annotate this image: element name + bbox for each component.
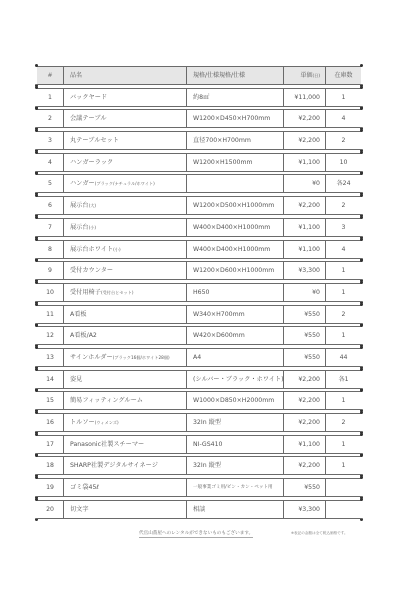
cell-name: 受付カウンター [63, 262, 186, 279]
item-name: 展示台ホワイト [70, 246, 113, 253]
item-name-note: (受付台とセット) [101, 290, 134, 295]
cell-num: 15 [37, 392, 63, 409]
cell-price: ¥3,300 [283, 501, 325, 518]
cell-stock: 各24 [325, 175, 361, 192]
table-row: 17Panasonic社製スチーマーNI-GS410¥1,1001 [37, 436, 361, 453]
item-name: 受付カウンター [70, 267, 113, 274]
item-name: ゴミ袋45ℓ [70, 484, 99, 491]
header-spec: 規格/仕様規格/仕様 [186, 67, 283, 84]
table-row: 16トルソー(ウィメンズ)32In 縦型¥2,2002 [37, 414, 361, 431]
table-row: 19ゴミ袋45ℓ一般事業ゴミ用/ビン・カン・ペット用¥550 [37, 479, 361, 496]
item-name: SHARP社製デジタルサイネージ [70, 462, 158, 469]
cell-price: ¥11,000 [283, 89, 325, 106]
cell-num: 8 [37, 241, 63, 258]
cell-num: 4 [37, 154, 63, 171]
cell-price: ¥2,200 [283, 197, 325, 214]
tax-included-note: ※表記の金額は全て税込価格です。 [291, 531, 348, 536]
item-name: サインホルダー [70, 354, 113, 361]
cell-name: SHARP社製デジタルサイネージ [63, 457, 186, 474]
cell-num: 14 [37, 371, 63, 388]
cell-stock: 1 [325, 89, 361, 106]
cell-spec: W340×H700mm [186, 306, 283, 323]
cell-price: ¥550 [283, 349, 325, 366]
table-row: 12A看板/A2W420×D600mm¥5501 [37, 327, 361, 344]
cell-price: ¥1,100 [283, 436, 325, 453]
item-name-note: (ブラック16個/ホワイト28個) [113, 355, 170, 360]
cell-num: 11 [37, 306, 63, 323]
cell-num: 6 [37, 197, 63, 214]
cell-stock: 2 [325, 197, 361, 214]
cell-price: ¥2,200 [283, 414, 325, 431]
cell-price: ¥1,100 [283, 241, 325, 258]
cell-stock: 1 [325, 284, 361, 301]
cell-name: 展示台(大) [63, 197, 186, 214]
item-name-note: (ウィメンズ) [95, 420, 119, 425]
cell-stock: 1 [325, 436, 361, 453]
cell-num: 16 [37, 414, 63, 431]
item-name: 受付用椅子 [70, 289, 101, 296]
cell-spec [186, 175, 283, 192]
row-marker-dot [35, 518, 38, 521]
table-row: 4ハンガーラックW1200×H1500mm¥1,10010 [37, 154, 361, 171]
cell-price: ¥1,100 [283, 219, 325, 236]
cell-price: ¥1,100 [283, 154, 325, 171]
item-name: 切文字 [70, 506, 89, 513]
cell-name: 丸テーブルセット [63, 132, 186, 149]
item-name: 丸テーブルセット [70, 137, 119, 144]
cell-stock: 1 [325, 457, 361, 474]
cell-name: バックヤード [63, 89, 186, 106]
item-name: A看板/A2 [70, 332, 97, 339]
cell-price: ¥550 [283, 327, 325, 344]
cell-spec: H650 [186, 284, 283, 301]
cell-stock [325, 501, 361, 518]
cell-num: 10 [37, 284, 63, 301]
cell-name: ハンガー(ブラック/ナチュラル/ホワイト) [63, 175, 186, 192]
item-name: 姿見 [70, 376, 82, 383]
header-num: # [37, 67, 63, 84]
cell-spec: W1200×D600×H1000mm [186, 262, 283, 279]
cell-price: ¥550 [283, 479, 325, 496]
cell-stock: 4 [325, 241, 361, 258]
cell-spec: W1000×D850×H2000mm [186, 392, 283, 409]
item-name-note: (ブラック/ナチュラル/ホワイト) [95, 181, 155, 186]
cell-spec: 一般事業ゴミ用/ビン・カン・ペット用 [186, 479, 283, 496]
cell-stock: 2 [325, 306, 361, 323]
cell-stock: 1 [325, 262, 361, 279]
cell-stock: 1 [325, 327, 361, 344]
cell-num: 18 [37, 457, 63, 474]
table-row: 18SHARP社製デジタルサイネージ32In 縦型¥2,2001 [37, 457, 361, 474]
cell-spec: A4 [186, 349, 283, 366]
table-row: 14姿見(シルバー・ブラック・ホワイト)¥2,200各1 [37, 371, 361, 388]
cell-name: 展示台ホワイト(小) [63, 241, 186, 258]
cell-spec: 32In 縦型 [186, 457, 283, 474]
cell-num: 7 [37, 219, 63, 236]
cell-price: ¥2,200 [283, 132, 325, 149]
cell-stock: 10 [325, 154, 361, 171]
cell-spec: W400×D400×H1000mm [186, 219, 283, 236]
cell-stock: 2 [325, 414, 361, 431]
cell-stock: 各1 [325, 371, 361, 388]
table-row: 20切文字相談¥3,300 [37, 501, 361, 518]
item-name: ハンガーラック [70, 159, 113, 166]
cell-num: 5 [37, 175, 63, 192]
header-price-unit: (日) [313, 73, 320, 78]
cell-num: 1 [37, 89, 63, 106]
cell-spec: 32In 縦型 [186, 414, 283, 431]
cell-name: 姿見 [63, 371, 186, 388]
cell-stock [325, 479, 361, 496]
cell-name: 会議テーブル [63, 110, 186, 127]
item-name: トルソー [70, 419, 95, 426]
item-name-note: (小) [113, 247, 120, 252]
cell-spec: (シルバー・ブラック・ホワイト) [186, 371, 283, 388]
item-name: 展示台 [70, 224, 89, 231]
cell-num: 17 [37, 436, 63, 453]
cell-spec: W420×D600mm [186, 327, 283, 344]
header-stock: 在庫数 [325, 67, 361, 84]
cell-stock: 44 [325, 349, 361, 366]
cell-price: ¥2,200 [283, 392, 325, 409]
cell-spec: W1200×D500×H1000mm [186, 197, 283, 214]
item-name: Panasonic社製スチーマー [70, 441, 144, 448]
cell-num: 20 [37, 501, 63, 518]
table-body: 1バックヤード約8㎡¥11,00012会議テーブルW1200×D450×H700… [37, 89, 361, 518]
cell-num: 19 [37, 479, 63, 496]
cell-spec: 約8㎡ [186, 89, 283, 106]
cell-spec: 相談 [186, 501, 283, 518]
cell-num: 3 [37, 132, 63, 149]
item-name: ハンガー [70, 180, 95, 187]
cell-price: ¥2,200 [283, 110, 325, 127]
table-row: 13サインホルダー(ブラック16個/ホワイト28個)A4¥55044 [37, 349, 361, 366]
header-price-label: 単価 [301, 72, 313, 79]
table-row: 7展示台(小)W400×D400×H1000mm¥1,1003 [37, 219, 361, 236]
item-name: 会議テーブル [70, 115, 107, 122]
table-row: 1バックヤード約8㎡¥11,0001 [37, 89, 361, 106]
table-row: 10受付用椅子(受付台とセット)H650¥01 [37, 284, 361, 301]
cell-spec: NI-GS410 [186, 436, 283, 453]
item-name-note: (小) [89, 225, 96, 230]
cell-name: サインホルダー(ブラック16個/ホワイト28個) [63, 349, 186, 366]
cell-price: ¥3,300 [283, 262, 325, 279]
rental-items-table: # 品名 規格/仕様規格/仕様 単価(日) 在庫数 1バックヤード約8㎡¥11,… [37, 67, 361, 522]
row-marker-dot [360, 518, 363, 521]
cell-num: 2 [37, 110, 63, 127]
item-name: 簡易フィッティングルーム [70, 397, 143, 404]
cell-name: A看板 [63, 306, 186, 323]
cell-num: 13 [37, 349, 63, 366]
cell-spec: W1200×D450×H700mm [186, 110, 283, 127]
cell-spec: 直径700×H700mm [186, 132, 283, 149]
header-name: 品名 [63, 67, 186, 84]
header-price: 単価(日) [283, 67, 325, 84]
cell-name: 受付用椅子(受付台とセット) [63, 284, 186, 301]
cell-stock: 2 [325, 132, 361, 149]
table-row: 8展示台ホワイト(小)W400×D400×H1000mm¥1,1004 [37, 241, 361, 258]
cell-price: ¥2,200 [283, 457, 325, 474]
cell-num: 9 [37, 262, 63, 279]
cell-spec: W400×D400×H1000mm [186, 241, 283, 258]
table-row: 6展示台(大)W1200×D500×H1000mm¥2,2002 [37, 197, 361, 214]
item-name-note: (大) [89, 203, 96, 208]
cell-stock: 1 [325, 392, 361, 409]
table-row: 3丸テーブルセット直径700×H700mm¥2,2002 [37, 132, 361, 149]
table-row: 9受付カウンターW1200×D600×H1000mm¥3,3001 [37, 262, 361, 279]
cell-price: ¥0 [283, 284, 325, 301]
cell-stock: 4 [325, 110, 361, 127]
item-name: 展示台 [70, 202, 89, 209]
cell-spec: W1200×H1500mm [186, 154, 283, 171]
table-row: 2会議テーブルW1200×D450×H700mm¥2,2004 [37, 110, 361, 127]
cell-name: 展示台(小) [63, 219, 186, 236]
item-name: A看板 [70, 311, 87, 318]
item-name: バックヤード [70, 94, 107, 101]
cell-name: トルソー(ウィメンズ) [63, 414, 186, 431]
cell-name: ゴミ袋45ℓ [63, 479, 186, 496]
cell-price: ¥2,200 [283, 371, 325, 388]
cell-num: 12 [37, 327, 63, 344]
cell-price: ¥0 [283, 175, 325, 192]
table-header-row: # 品名 規格/仕様規格/仕様 単価(日) 在庫数 [37, 67, 361, 84]
rental-restriction-note: 代官山蔦屋へのレンタルができないものもございます。 [139, 530, 253, 538]
table-row: 5ハンガー(ブラック/ナチュラル/ホワイト)¥0各24 [37, 175, 361, 192]
cell-name: A看板/A2 [63, 327, 186, 344]
table-row: 15簡易フィッティングルームW1000×D850×H2000mm¥2,2001 [37, 392, 361, 409]
cell-name: 切文字 [63, 501, 186, 518]
cell-price: ¥550 [283, 306, 325, 323]
table-row: 11A看板W340×H700mm¥5502 [37, 306, 361, 323]
cell-name: 簡易フィッティングルーム [63, 392, 186, 409]
cell-name: ハンガーラック [63, 154, 186, 171]
cell-stock: 3 [325, 219, 361, 236]
cell-name: Panasonic社製スチーマー [63, 436, 186, 453]
